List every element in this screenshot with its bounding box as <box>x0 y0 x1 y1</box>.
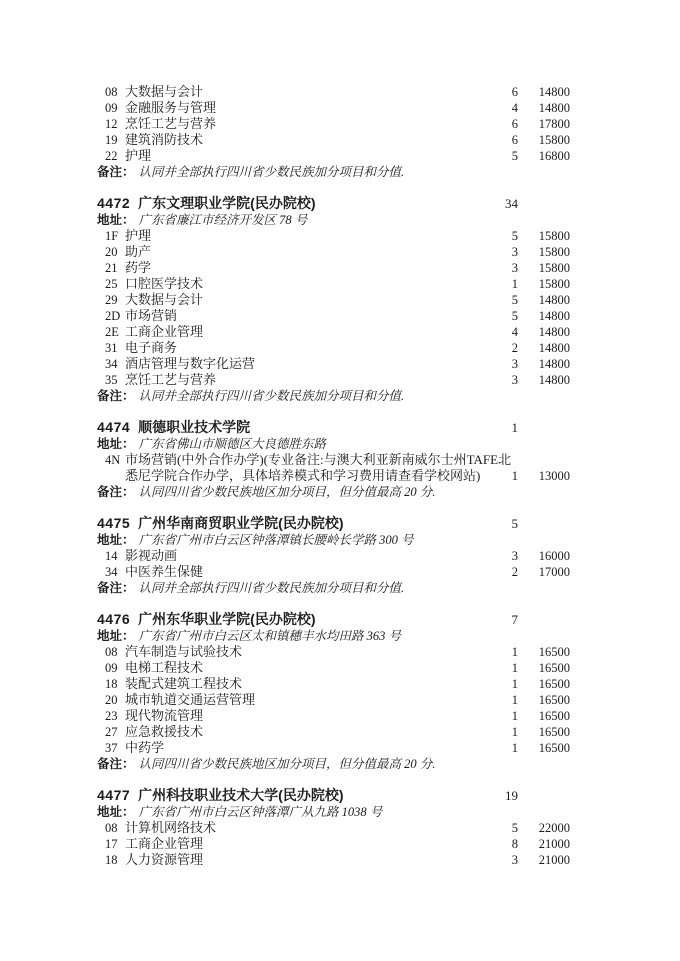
address-text: 广东省廉江市经济开发区 78 号 <box>139 212 308 228</box>
program-fee: 14800 <box>518 372 570 388</box>
program-code: 2E <box>105 324 125 340</box>
program-count: 1 <box>488 724 518 740</box>
program-row: 17 工商企业管理 8 21000 <box>97 836 570 852</box>
program-row: 08 大数据与会计 6 14800 <box>97 84 570 100</box>
program-name: 电梯工程技术 <box>125 660 488 676</box>
program-fee: 15800 <box>518 260 570 276</box>
program-name: 市场营销 <box>125 308 488 324</box>
program-name: 大数据与会计 <box>125 84 488 100</box>
address-line: 地址： 广东省广州市白云区钟落潭镇长腰岭长学路 300 号 <box>97 532 570 548</box>
program-name: 助产 <box>125 244 488 260</box>
program-code: 20 <box>105 692 125 708</box>
school-total-count: 19 <box>488 787 518 805</box>
address-text: 广东省广州市白云区钟落潭镇长腰岭长学路 300 号 <box>139 532 414 548</box>
school-name: 广州东华职业学院(民办院校) <box>138 610 488 628</box>
program-fee: 17000 <box>518 564 570 580</box>
program-name-continued: 悉尼学院合作办学，具体培养模式和学习费用请查看学校网站) <box>125 468 488 484</box>
program-fee: 16500 <box>518 676 570 692</box>
program-fee: 14800 <box>518 308 570 324</box>
program-row: 31 电子商务 2 14800 <box>97 340 570 356</box>
program-name: 装配式建筑工程技术 <box>125 676 488 692</box>
school-header: 4474 顺德职业技术学院 1 <box>97 418 570 436</box>
address-text: 广东省佛山市顺德区大良德胜东路 <box>139 436 327 452</box>
program-name: 药学 <box>125 260 488 276</box>
program-count: 1 <box>488 676 518 692</box>
program-name: 工商企业管理 <box>125 324 488 340</box>
program-code: 37 <box>105 740 125 756</box>
program-code: 34 <box>105 356 125 372</box>
program-name: 计算机网络技术 <box>125 820 488 836</box>
note-label: 备注： <box>97 484 135 500</box>
program-code: 29 <box>105 292 125 308</box>
school-header: 4475 广州华南商贸职业学院(民办院校) 5 <box>97 514 570 532</box>
program-name: 烹饪工艺与营养 <box>125 372 488 388</box>
school-total-count: 1 <box>488 419 518 437</box>
program-row: 18 人力资源管理 3 21000 <box>97 852 570 868</box>
program-fee: 14800 <box>518 84 570 100</box>
program-row: 4N 市场营销(中外合作办学)(专业备注:与澳大利亚新南威尔士州TAFE北 悉尼… <box>97 452 570 484</box>
program-fee: 15800 <box>518 244 570 260</box>
note-line: 备注： 认同四川省少数民族地区加分项目，但分值最高 20 分. <box>97 756 570 772</box>
school-code: 4476 <box>97 610 130 628</box>
program-count: 4 <box>488 100 518 116</box>
note-text: 认同并全部执行四川省少数民族加分项目和分值. <box>139 580 405 596</box>
program-fee: 16800 <box>518 148 570 164</box>
program-fee: 14800 <box>518 356 570 372</box>
program-code: 25 <box>105 276 125 292</box>
program-count: 3 <box>488 244 518 260</box>
program-row: 2D 市场营销 5 14800 <box>97 308 570 324</box>
program-row: 25 口腔医学技术 1 15800 <box>97 276 570 292</box>
program-fee: 14800 <box>518 324 570 340</box>
school-section: 4474 顺德职业技术学院 1 地址： 广东省佛山市顺德区大良德胜东路 4N 市… <box>97 418 570 500</box>
program-name-line1-row: 4N 市场营销(中外合作办学)(专业备注:与澳大利亚新南威尔士州TAFE北 <box>105 452 570 468</box>
school-section: 08 大数据与会计 6 14800 09 金融服务与管理 4 14800 12 … <box>97 84 570 180</box>
program-count: 6 <box>488 116 518 132</box>
program-code: 14 <box>105 548 125 564</box>
program-name: 酒店管理与数字化运营 <box>125 356 488 372</box>
program-name: 现代物流管理 <box>125 708 488 724</box>
program-name: 电子商务 <box>125 340 488 356</box>
program-code: 2D <box>105 308 125 324</box>
program-count: 2 <box>488 340 518 356</box>
school-code: 4472 <box>97 194 130 212</box>
program-name: 影视动画 <box>125 548 488 564</box>
program-fee: 21000 <box>518 836 570 852</box>
program-count: 1 <box>488 708 518 724</box>
program-count: 1 <box>488 468 518 484</box>
program-name-line2-row: 悉尼学院合作办学，具体培养模式和学习费用请查看学校网站) 1 13000 <box>105 468 570 484</box>
program-row: 37 中药学 1 16500 <box>97 740 570 756</box>
program-name: 金融服务与管理 <box>125 100 488 116</box>
note-label: 备注： <box>97 388 135 404</box>
program-code: 23 <box>105 708 125 724</box>
note-text: 认同并全部执行四川省少数民族加分项目和分值. <box>139 164 405 180</box>
program-fee: 15800 <box>518 276 570 292</box>
program-code: 18 <box>105 676 125 692</box>
program-fee: 14800 <box>518 292 570 308</box>
program-name: 人力资源管理 <box>125 852 488 868</box>
program-row: 08 汽车制造与试验技术 1 16500 <box>97 644 570 660</box>
school-section: 4476 广州东华职业学院(民办院校) 7 地址： 广东省广州市白云区太和镇穗丰… <box>97 610 570 772</box>
program-fee: 13000 <box>518 468 570 484</box>
program-fee: 15800 <box>518 132 570 148</box>
address-line: 地址： 广东省佛山市顺德区大良德胜东路 <box>97 436 570 452</box>
program-count: 3 <box>488 260 518 276</box>
program-code: 31 <box>105 340 125 356</box>
note-label: 备注： <box>97 580 135 596</box>
program-row: 29 大数据与会计 5 14800 <box>97 292 570 308</box>
program-row: 34 中医养生保健 2 17000 <box>97 564 570 580</box>
program-name: 烹饪工艺与营养 <box>125 116 488 132</box>
note-text: 认同四川省少数民族地区加分项目，但分值最高 20 分. <box>139 484 436 500</box>
program-count: 2 <box>488 564 518 580</box>
address-label: 地址： <box>97 436 135 452</box>
note-line: 备注： 认同四川省少数民族地区加分项目，但分值最高 20 分. <box>97 484 570 500</box>
program-count: 6 <box>488 84 518 100</box>
program-name: 城市轨道交通运营管理 <box>125 692 488 708</box>
program-rows: 08 大数据与会计 6 14800 09 金融服务与管理 4 14800 12 … <box>97 84 570 164</box>
program-row: 1F 护理 5 15800 <box>97 228 570 244</box>
school-name: 广州科技职业技术大学(民办院校) <box>138 786 488 804</box>
program-code: 12 <box>105 116 125 132</box>
program-name: 工商企业管理 <box>125 836 488 852</box>
program-row: 27 应急救援技术 1 16500 <box>97 724 570 740</box>
school-header: 4472 广东文理职业学院(民办院校) 34 <box>97 194 570 212</box>
program-row: 2E 工商企业管理 4 14800 <box>97 324 570 340</box>
program-count: 5 <box>488 820 518 836</box>
program-fee: 16500 <box>518 708 570 724</box>
program-name: 护理 <box>125 148 488 164</box>
program-fee: 16500 <box>518 660 570 676</box>
address-line: 地址： 广东省广州市白云区太和镇穗丰水均田路 363 号 <box>97 628 570 644</box>
note-line: 备注： 认同并全部执行四川省少数民族加分项目和分值. <box>97 164 570 180</box>
school-name: 广州华南商贸职业学院(民办院校) <box>138 514 488 532</box>
address-text: 广东省广州市白云区钟落潭广从九路 1038 号 <box>139 804 383 820</box>
program-code: 4N <box>105 452 125 468</box>
program-code: 08 <box>105 820 125 836</box>
school-code: 4475 <box>97 514 130 532</box>
school-name: 广东文理职业学院(民办院校) <box>138 194 488 212</box>
program-name: 护理 <box>125 228 488 244</box>
program-count: 4 <box>488 324 518 340</box>
program-row: 20 助产 3 15800 <box>97 244 570 260</box>
program-code: 21 <box>105 260 125 276</box>
program-fee: 16500 <box>518 644 570 660</box>
program-count: 5 <box>488 292 518 308</box>
address-label: 地址： <box>97 532 135 548</box>
program-row: 14 影视动画 3 16000 <box>97 548 570 564</box>
program-row: 09 电梯工程技术 1 16500 <box>97 660 570 676</box>
school-header: 4476 广州东华职业学院(民办院校) 7 <box>97 610 570 628</box>
program-fee: 16500 <box>518 692 570 708</box>
school-total-count: 7 <box>488 611 518 629</box>
program-count: 5 <box>488 148 518 164</box>
program-count: 3 <box>488 356 518 372</box>
program-code: 20 <box>105 244 125 260</box>
note-label: 备注： <box>97 756 135 772</box>
program-count: 1 <box>488 740 518 756</box>
program-code: 34 <box>105 564 125 580</box>
school-section: 4475 广州华南商贸职业学院(民办院校) 5 地址： 广东省广州市白云区钟落潭… <box>97 514 570 596</box>
note-line: 备注： 认同并全部执行四川省少数民族加分项目和分值. <box>97 580 570 596</box>
program-row: 22 护理 5 16800 <box>97 148 570 164</box>
program-count: 8 <box>488 836 518 852</box>
program-count: 5 <box>488 228 518 244</box>
note-label: 备注： <box>97 164 135 180</box>
program-fee: 15800 <box>518 228 570 244</box>
address-line: 地址： 广东省广州市白云区钟落潭广从九路 1038 号 <box>97 804 570 820</box>
program-code: 35 <box>105 372 125 388</box>
program-fee: 14800 <box>518 100 570 116</box>
school-code: 4474 <box>97 418 130 436</box>
program-count: 3 <box>488 372 518 388</box>
program-count: 1 <box>488 276 518 292</box>
school-name: 顺德职业技术学院 <box>138 418 488 436</box>
program-rows: 08 计算机网络技术 5 22000 17 工商企业管理 8 21000 18 … <box>97 820 570 868</box>
program-code: 08 <box>105 644 125 660</box>
program-row: 12 烹饪工艺与营养 6 17800 <box>97 116 570 132</box>
program-name: 口腔医学技术 <box>125 276 488 292</box>
program-code: 18 <box>105 852 125 868</box>
program-name: 中药学 <box>125 740 488 756</box>
program-row: 35 烹饪工艺与营养 3 14800 <box>97 372 570 388</box>
note-line: 备注： 认同并全部执行四川省少数民族加分项目和分值. <box>97 388 570 404</box>
program-code: 09 <box>105 660 125 676</box>
program-code: 27 <box>105 724 125 740</box>
program-name: 汽车制造与试验技术 <box>125 644 488 660</box>
program-count: 6 <box>488 132 518 148</box>
address-label: 地址： <box>97 804 135 820</box>
program-row: 20 城市轨道交通运营管理 1 16500 <box>97 692 570 708</box>
program-count: 5 <box>488 308 518 324</box>
program-row: 08 计算机网络技术 5 22000 <box>97 820 570 836</box>
program-count: 3 <box>488 852 518 868</box>
program-code: 22 <box>105 148 125 164</box>
address-label: 地址： <box>97 212 135 228</box>
program-row: 34 酒店管理与数字化运营 3 14800 <box>97 356 570 372</box>
program-count: 1 <box>488 692 518 708</box>
program-name: 建筑消防技术 <box>125 132 488 148</box>
program-rows: 4N 市场营销(中外合作办学)(专业备注:与澳大利亚新南威尔士州TAFE北 悉尼… <box>97 452 570 484</box>
program-rows: 14 影视动画 3 16000 34 中医养生保健 2 17000 <box>97 548 570 580</box>
program-fee: 16000 <box>518 548 570 564</box>
program-count: 1 <box>488 660 518 676</box>
program-row: 21 药学 3 15800 <box>97 260 570 276</box>
document-page: 08 大数据与会计 6 14800 09 金融服务与管理 4 14800 12 … <box>0 0 680 961</box>
program-fee: 22000 <box>518 820 570 836</box>
program-count: 1 <box>488 644 518 660</box>
address-line: 地址： 广东省廉江市经济开发区 78 号 <box>97 212 570 228</box>
school-section: 4477 广州科技职业技术大学(民办院校) 19 地址： 广东省广州市白云区钟落… <box>97 786 570 868</box>
program-fee: 16500 <box>518 724 570 740</box>
note-text: 认同四川省少数民族地区加分项目，但分值最高 20 分. <box>139 756 436 772</box>
program-row: 18 装配式建筑工程技术 1 16500 <box>97 676 570 692</box>
program-code: 08 <box>105 84 125 100</box>
program-rows: 1F 护理 5 15800 20 助产 3 15800 21 药学 3 1580… <box>97 228 570 388</box>
address-label: 地址： <box>97 628 135 644</box>
program-row: 19 建筑消防技术 6 15800 <box>97 132 570 148</box>
school-section: 4472 广东文理职业学院(民办院校) 34 地址： 广东省廉江市经济开发区 7… <box>97 194 570 404</box>
program-fee: 16500 <box>518 740 570 756</box>
school-total-count: 5 <box>488 515 518 533</box>
program-row: 09 金融服务与管理 4 14800 <box>97 100 570 116</box>
note-text: 认同并全部执行四川省少数民族加分项目和分值. <box>139 388 405 404</box>
program-fee: 21000 <box>518 852 570 868</box>
program-code: 17 <box>105 836 125 852</box>
program-name: 应急救援技术 <box>125 724 488 740</box>
program-name: 大数据与会计 <box>125 292 488 308</box>
school-code: 4477 <box>97 786 130 804</box>
program-row: 23 现代物流管理 1 16500 <box>97 708 570 724</box>
program-count: 3 <box>488 548 518 564</box>
address-text: 广东省广州市白云区太和镇穗丰水均田路 363 号 <box>139 628 402 644</box>
program-code: 09 <box>105 100 125 116</box>
admission-list: 08 大数据与会计 6 14800 09 金融服务与管理 4 14800 12 … <box>97 84 570 868</box>
program-fee: 17800 <box>518 116 570 132</box>
school-total-count: 34 <box>488 195 518 213</box>
program-code: 1F <box>105 228 125 244</box>
program-fee: 14800 <box>518 340 570 356</box>
program-rows: 08 汽车制造与试验技术 1 16500 09 电梯工程技术 1 16500 1… <box>97 644 570 756</box>
program-name: 中医养生保健 <box>125 564 488 580</box>
program-name: 市场营销(中外合作办学)(专业备注:与澳大利亚新南威尔士州TAFE北 <box>125 452 570 468</box>
program-code: 19 <box>105 132 125 148</box>
school-header: 4477 广州科技职业技术大学(民办院校) 19 <box>97 786 570 804</box>
